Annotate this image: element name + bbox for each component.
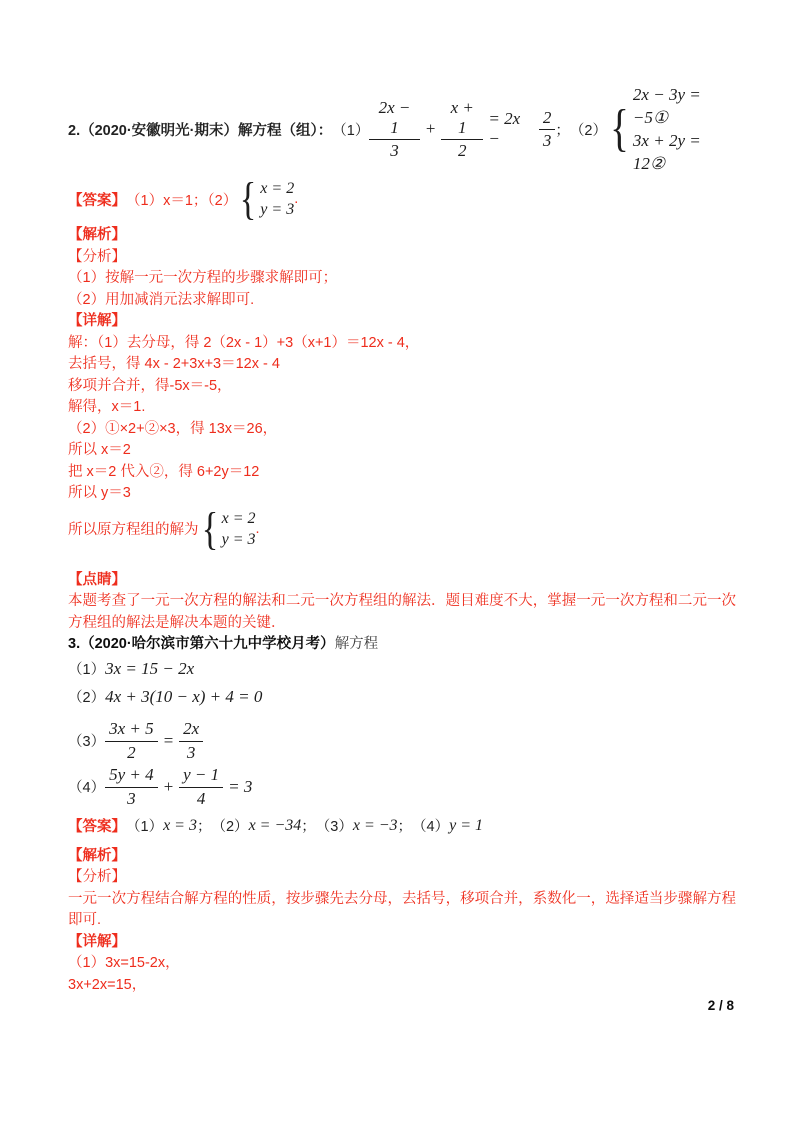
solution-line: 把 x＝2 代入②，得 6+2y＝12	[68, 462, 736, 484]
system-line-2: y = 3	[260, 199, 294, 220]
question-3-header: 3.（2020·哈尔滨市第六十九中学校月考）	[68, 636, 335, 652]
separator: ；	[301, 815, 316, 836]
answer-line-q3: 【答案】 （1） x = 3 ； （2） x = −34 ； （3） x = −…	[68, 814, 736, 838]
analysis-paragraph: 一元一次方程结合解方程的性质，按步骤先去分母，去括号，移项合并，系数化一，选择适…	[68, 889, 736, 932]
analysis-line: （1）按解一元一次方程的步骤求解即可；	[68, 268, 736, 290]
denominator: 3	[539, 130, 556, 151]
question-3-title: 解方程	[335, 636, 379, 652]
system-lines: x = 2 y = 3	[260, 178, 294, 220]
system-brace: {	[240, 176, 257, 222]
plus-operator: +	[163, 777, 174, 797]
analysis-line: （2）用加减消元法求解即可.	[68, 290, 736, 312]
conclusion-text: 所以原方程组的解为	[68, 518, 199, 539]
question-2-line: 2.（2020·安徽明光·期末）解方程（组）： （1） 2x − 13 + x …	[68, 93, 736, 165]
section-xiangjie-q3: 【详解】	[68, 932, 736, 954]
section-jiexi-q3: 【解析】	[68, 846, 736, 868]
separator: ；	[555, 119, 570, 140]
denominator: 4	[179, 788, 223, 809]
section-fenxi-q2: 【分析】	[68, 247, 736, 269]
page-number: 2 / 8	[708, 998, 734, 1013]
plus-operator: +	[425, 119, 436, 139]
answer-text: （1）x＝1；（2）	[126, 189, 237, 210]
fraction: 2x − 13	[369, 97, 419, 161]
denominator: 2	[441, 140, 483, 161]
system-line-1: x = 2	[222, 508, 256, 529]
part-1-label: （1）	[332, 119, 369, 140]
answer-value: x = −34	[249, 817, 302, 835]
equals-operator: = 2x −	[488, 109, 534, 149]
section-dianjing-q2: 【点睛】	[68, 570, 736, 592]
denominator: 3	[369, 140, 419, 161]
item-2-label: （2）	[68, 686, 105, 707]
numerator: 2x − 1	[369, 97, 419, 140]
answer-part-label: （2）	[211, 815, 248, 836]
period: .	[256, 521, 260, 537]
solution-line: 去括号，得 4x - 2+3x+3＝12x - 4	[68, 354, 736, 376]
conclusion-system: { x = 2 y = 3	[199, 506, 256, 552]
equals-tail: = 3	[228, 777, 252, 797]
section-fenxi-q3: 【分析】	[68, 867, 736, 889]
numerator: y − 1	[179, 764, 223, 788]
separator: ；	[398, 815, 413, 836]
answer-system: { x = 2 y = 3	[237, 176, 294, 222]
document-content: 2.（2020·安徽明光·期末）解方程（组）： （1） 2x − 13 + x …	[68, 0, 736, 996]
q3-item-4: （4） 5y + 43 + y − 14 = 3	[68, 764, 736, 810]
answer-part-label: （4）	[412, 815, 449, 836]
solution-line: （2）①×2+②×3，得 13x＝26，	[68, 419, 736, 441]
item-4-equation: 5y + 43 + y − 14 = 3	[105, 764, 257, 808]
fraction: 23	[539, 107, 556, 151]
answer-value: y = 1	[449, 817, 483, 835]
numerator: 2x	[179, 718, 203, 742]
denominator: 3	[105, 788, 158, 809]
question-2-header: 2.（2020·安徽明光·期末）解方程（组）：	[68, 119, 332, 140]
fraction: x + 12	[441, 97, 483, 161]
system-line-1: 2x − 3y = −5①	[633, 83, 736, 129]
system-line-2: y = 3	[222, 529, 256, 550]
answer-value: x = −3	[353, 817, 398, 835]
q3-item-3: （3） 3x + 52 = 2x3	[68, 718, 736, 764]
denominator: 3	[179, 742, 203, 763]
item-4-label: （4）	[68, 776, 105, 797]
item-1-label: （1）	[68, 658, 105, 679]
answer-part-label: （1）	[126, 815, 163, 836]
numerator: 2	[539, 107, 556, 131]
numerator: 3x + 5	[105, 718, 158, 742]
system-lines: 2x − 3y = −5① 3x + 2y = 12②	[633, 83, 736, 175]
note-paragraph: 本题考查了一元一次方程的解法和二元一次方程组的解法．题目难度不大，掌握一元一次方…	[68, 591, 736, 634]
q3-item-2: （2） 4x + 3(10 − x) + 4 = 0	[68, 682, 736, 712]
section-xiangjie-q2: 【详解】	[68, 311, 736, 333]
system-brace: {	[610, 103, 629, 155]
conclusion-line: 所以原方程组的解为 { x = 2 y = 3 .	[68, 505, 736, 553]
equation-1: 2x − 13 + x + 12 = 2x − 23	[369, 97, 555, 161]
item-2-equation: 4x + 3(10 − x) + 4 = 0	[105, 687, 262, 707]
part-2-label: （2）	[570, 119, 607, 140]
answer-label: 【答案】	[68, 189, 126, 210]
fraction: 3x + 52	[105, 718, 158, 762]
item-3-equation: 3x + 52 = 2x3	[105, 718, 203, 762]
solution-line: （1）3x=15-2x，	[68, 953, 736, 975]
solution-line: 所以 x＝2	[68, 440, 736, 462]
denominator: 2	[105, 742, 158, 763]
item-3-label: （3）	[68, 730, 105, 751]
separator: ；	[197, 815, 212, 836]
equals-operator: =	[163, 731, 174, 751]
system-lines: x = 2 y = 3	[222, 508, 256, 550]
question-3-line: 3.（2020·哈尔滨市第六十九中学校月考）解方程解方程	[68, 634, 736, 656]
solution-line: 3x+2x=15，	[68, 975, 736, 997]
numerator: 5y + 4	[105, 764, 158, 788]
fraction: 5y + 43	[105, 764, 158, 808]
answer-part-label: （3）	[316, 815, 353, 836]
numerator: x + 1	[441, 97, 483, 140]
equation-system: { 2x − 3y = −5① 3x + 2y = 12②	[607, 83, 736, 175]
period: .	[294, 191, 298, 207]
fraction: 2x3	[179, 718, 203, 762]
system-line-1: x = 2	[260, 178, 294, 199]
answer-label: 【答案】	[68, 815, 126, 836]
item-1-equation: 3x = 15 − 2x	[105, 659, 194, 679]
fraction: y − 14	[179, 764, 223, 808]
answer-value: x = 3	[163, 817, 197, 835]
q3-item-1: （1） 3x = 15 − 2x	[68, 656, 736, 682]
section-jiexi-q2: 【解析】	[68, 225, 736, 247]
solution-line: 解得，x＝1.	[68, 397, 736, 419]
solution-line: 所以 y＝3	[68, 483, 736, 505]
system-brace: {	[201, 506, 218, 552]
answer-line-q2: 【答案】 （1）x＝1；（2） { x = 2 y = 3 .	[68, 173, 736, 225]
solution-line: 移项并合并，得-5x＝-5，	[68, 376, 736, 398]
solution-line: 解：（1）去分母，得 2（2x - 1）+3（x+1）＝12x - 4，	[68, 333, 736, 355]
system-line-2: 3x + 2y = 12②	[633, 129, 736, 175]
